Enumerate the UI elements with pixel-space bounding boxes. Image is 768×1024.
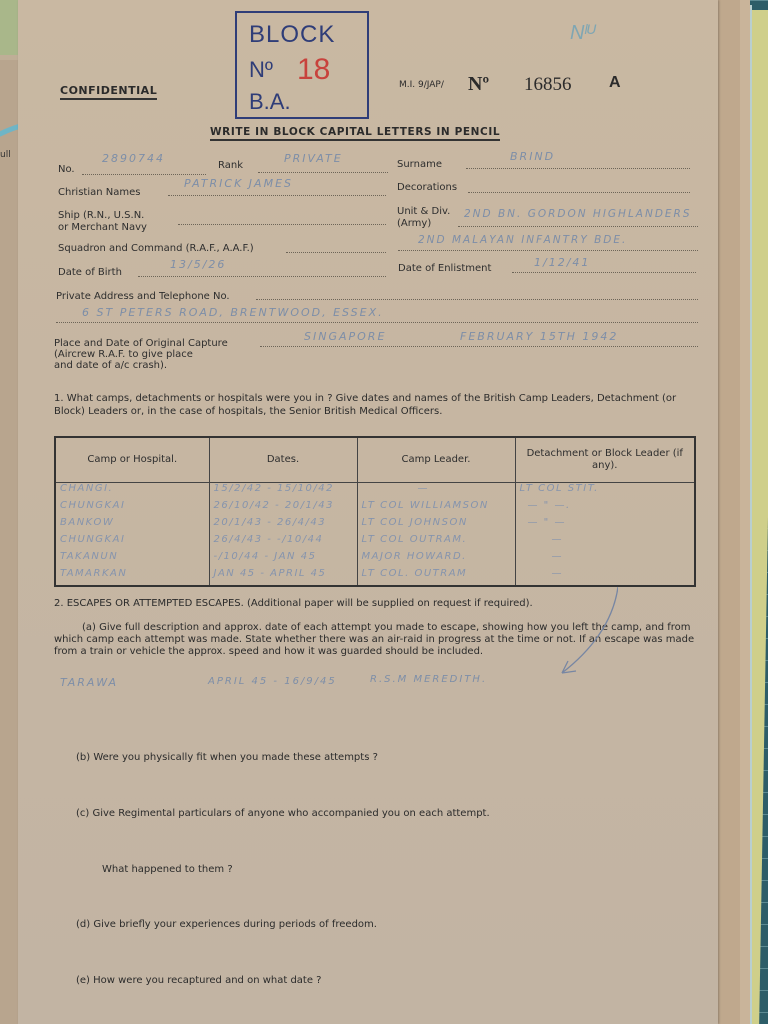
table-row: BANKOW 20/1/43 - 26/4/43 LT COL JOHNSON … — [55, 517, 695, 534]
leader-cell[interactable]: MAJOR HOWARD. — [357, 551, 515, 568]
camp-cell[interactable]: CHUNGKAI — [55, 534, 209, 551]
date-of-enlistment-line — [512, 272, 696, 273]
header-camp-leader: Camp Leader. — [357, 437, 515, 483]
dates-cell[interactable]: -/10/44 - JAN 45 — [209, 551, 357, 568]
stamp-no-symbol: Nº — [249, 57, 273, 83]
dates-cell[interactable]: 26/4/43 - -/10/44 — [209, 534, 357, 551]
camp-cell[interactable]: CHUNGKAI — [55, 500, 209, 517]
back-sheet-text: ull — [0, 150, 11, 160]
camp-cell[interactable]: TAMARKAN — [55, 568, 209, 586]
escape-camp-field[interactable]: TARAWA — [60, 676, 118, 689]
detachment-cell[interactable]: — — [515, 551, 695, 568]
leader-cell[interactable]: — — [357, 483, 515, 501]
header-detachment-leader: Detachment or Block Leader (if any). — [515, 437, 695, 483]
question-2c-text: (c) Give Regimental particulars of anyon… — [76, 808, 490, 819]
detachment-cell[interactable]: — — [515, 568, 695, 586]
table-row: CHUNGKAI 26/10/42 - 20/1/43 LT COL WILLI… — [55, 500, 695, 517]
camp-cell[interactable]: BANKOW — [55, 517, 209, 534]
capture-label: Place and Date of Original Capture (Airc… — [54, 338, 228, 371]
serial-suffix: A — [609, 74, 621, 92]
date-of-enlistment-label: Date of Enlistment — [398, 263, 491, 275]
table-row: TAMARKAN JAN 45 - APRIL 45 LT COL. OUTRA… — [55, 568, 695, 586]
no-line — [82, 174, 206, 175]
section-2-heading: 2. ESCAPES OR ATTEMPTED ESCAPES. (Additi… — [54, 598, 533, 609]
dates-cell[interactable]: 26/10/42 - 20/1/43 — [209, 500, 357, 517]
squadron-line — [286, 252, 386, 253]
confidential-label: CONFIDENTIAL — [60, 84, 157, 100]
question-2e-text: (e) How were you recaptured and on what … — [76, 975, 322, 986]
rank-label: Rank — [218, 160, 243, 172]
ship-label-line1: Ship (R.N., U.S.N. — [58, 210, 144, 221]
number-symbol: Nº — [468, 73, 489, 96]
capture-date-field[interactable]: FEBRUARY 15TH 1942 — [460, 330, 618, 343]
decorations-label: Decorations — [397, 182, 457, 194]
liberation-questionnaire-form: BLOCK Nº 18 B.A. CONFIDENTIAL M.I. 9/JAP… — [18, 0, 718, 1024]
camp-cell[interactable]: CHANGI. — [55, 483, 209, 501]
address-field[interactable]: 6 ST PETERS ROAD, BRENTWOOD, ESSEX. — [82, 306, 384, 319]
header-dates: Dates. — [209, 437, 357, 483]
header-camp: Camp or Hospital. — [55, 437, 209, 483]
surname-field[interactable]: BRIND — [510, 150, 555, 163]
instruction-heading: WRITE IN BLOCK CAPITAL LETTERS IN PENCIL — [210, 126, 500, 141]
escape-dates-field[interactable]: APRIL 45 - 16/9/45 — [208, 676, 337, 687]
capture-place-field[interactable]: SINGAPORE — [304, 330, 386, 343]
surname-line — [466, 168, 690, 169]
date-of-enlistment-field[interactable]: 1/12/41 — [534, 256, 590, 269]
unit-field-line1[interactable]: 2ND BN. GORDON HIGHLANDERS — [464, 208, 692, 220]
dates-cell[interactable]: JAN 45 - APRIL 45 — [209, 568, 357, 586]
detachment-cell[interactable]: — " — — [515, 517, 695, 534]
christian-names-line — [168, 195, 386, 196]
question-1-text: 1. What camps, detachments or hospitals … — [54, 392, 704, 418]
form-reference: M.I. 9/JAP/ — [399, 80, 444, 90]
leader-cell[interactable]: LT COL WILLIAMSON — [357, 500, 515, 517]
date-of-birth-label: Date of Birth — [58, 267, 122, 279]
dates-cell[interactable]: 20/1/43 - 26/4/43 — [209, 517, 357, 534]
ship-line — [178, 224, 386, 225]
camps-table: Camp or Hospital. Dates. Camp Leader. De… — [54, 436, 696, 587]
leader-cell[interactable]: LT COL OUTRAM. — [357, 534, 515, 551]
question-2b-text: (b) Were you physically fit when you mad… — [76, 752, 378, 763]
unit-line-2 — [398, 250, 698, 251]
address-label: Private Address and Telephone No. — [56, 291, 230, 303]
stamp-ba-text: B.A. — [249, 89, 291, 115]
question-2d-text: (d) Give briefly your experiences during… — [76, 919, 377, 930]
pencil-annotation: Nˡᵁ — [570, 22, 595, 45]
camp-cell[interactable]: TAKANUN — [55, 551, 209, 568]
capture-label-line1: Place and Date of Original Capture — [54, 338, 228, 349]
address-line-2 — [56, 322, 698, 323]
detachment-cell[interactable]: LT COL STIT. — [515, 483, 695, 501]
unit-label-line2: (Army) — [397, 218, 431, 229]
leader-cell[interactable]: LT COL. OUTRAM — [357, 568, 515, 586]
table-row: CHUNGKAI 26/4/43 - -/10/44 LT COL OUTRAM… — [55, 534, 695, 551]
unit-label: Unit & Div. (Army) — [397, 206, 450, 230]
table-row: CHANGI. 15/2/42 - 15/10/42 — LT COL STIT… — [55, 483, 695, 501]
block-stamp: BLOCK Nº 18 B.A. — [235, 11, 369, 119]
capture-line — [260, 346, 698, 347]
serial-number: 16856 — [524, 74, 572, 96]
date-of-birth-field[interactable]: 13/5/26 — [170, 258, 226, 271]
capture-label-line3: and date of a/c crash). — [54, 360, 167, 371]
pencil-arrow-icon — [548, 585, 618, 680]
squadron-label: Squadron and Command (R.A.F., A.A.F.) — [58, 243, 254, 255]
ship-label: Ship (R.N., U.S.N. or Merchant Navy — [58, 210, 147, 234]
decorations-line — [468, 192, 690, 193]
christian-names-field[interactable]: PATRICK JAMES — [184, 177, 293, 190]
stamp-block-text: BLOCK — [249, 21, 335, 49]
leader-cell[interactable]: LT COL JOHNSON — [357, 517, 515, 534]
detachment-cell[interactable]: — — [515, 534, 695, 551]
dates-cell[interactable]: 15/2/42 - 15/10/42 — [209, 483, 357, 501]
ship-label-line2: or Merchant Navy — [58, 222, 147, 233]
detachment-cell[interactable]: — " —. — [515, 500, 695, 517]
no-label: No. — [58, 164, 75, 176]
rank-field[interactable]: PRIVATE — [284, 152, 343, 165]
escape-leader-field[interactable]: R.S.M MEREDITH. — [370, 674, 487, 685]
capture-label-line2: (Aircrew R.A.F. to give place — [54, 349, 193, 360]
stamp-block-number: 18 — [297, 53, 330, 87]
table-row: TAKANUN -/10/44 - JAN 45 MAJOR HOWARD. — — [55, 551, 695, 568]
rank-line — [258, 172, 388, 173]
date-of-birth-line — [138, 276, 386, 277]
christian-names-label: Christian Names — [58, 187, 140, 199]
unit-field-line2[interactable]: 2ND MALAYAN INFANTRY BDE. — [418, 234, 627, 246]
unit-line-1 — [458, 226, 698, 227]
question-2c-followup-text: What happened to them ? — [102, 864, 233, 875]
address-line-1 — [256, 299, 698, 300]
no-field[interactable]: 2890744 — [102, 152, 165, 165]
surname-label: Surname — [397, 159, 442, 171]
unit-label-line1: Unit & Div. — [397, 206, 450, 217]
